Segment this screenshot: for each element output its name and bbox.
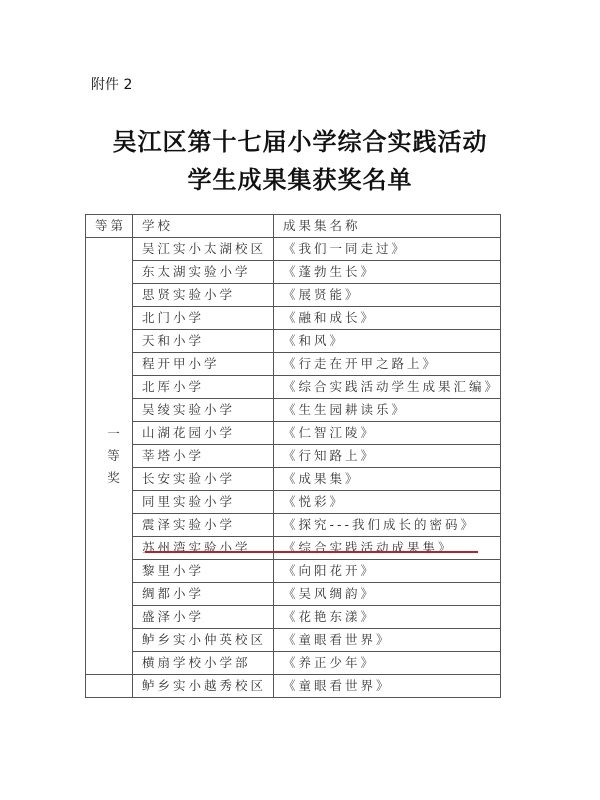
title-cell: 《综合实践活动学生成果汇编》 (273, 376, 500, 399)
school-cell: 同里实验小学 (133, 491, 274, 514)
title-cell: 《成果集》 (273, 468, 500, 491)
school-cell: 莘塔小学 (133, 445, 274, 468)
title-cell: 《探究---我们成长的密码》 (273, 514, 500, 537)
table-header-row: 等第 学校 成果集名称 (86, 215, 501, 238)
title-cell: 《生生园耕读乐》 (273, 399, 500, 422)
table-row: 思贤实验小学《展贤能》 (86, 284, 501, 307)
table-row: 鲈乡实小越秀校区《童眼看世界》 (86, 675, 501, 698)
school-cell: 苏州湾实验小学 (133, 537, 274, 560)
header-title: 成果集名称 (273, 215, 500, 238)
title-cell: 《养正少年》 (273, 652, 500, 675)
title-cell: 《向阳花开》 (273, 560, 500, 583)
table-row: 北厍小学《综合实践活动学生成果汇编》 (86, 376, 501, 399)
school-cell: 天和小学 (133, 330, 274, 353)
school-cell: 长安实验小学 (133, 468, 274, 491)
school-cell: 程开甲小学 (133, 353, 274, 376)
title-cell: 《仁智江陵》 (273, 422, 500, 445)
title-cell: 《蓬勃生长》 (273, 261, 500, 284)
table-row: 一等奖吴江实小太湖校区《我们一同走过》 (86, 238, 501, 261)
title-cell: 《童眼看世界》 (273, 675, 500, 698)
table-row: 同里实验小学《悦彩》 (86, 491, 501, 514)
school-cell: 吴绫实验小学 (133, 399, 274, 422)
school-cell: 吴江实小太湖校区 (133, 238, 274, 261)
school-cell: 盛泽小学 (133, 606, 274, 629)
grade-label: 一等奖 (107, 423, 121, 489)
table-row: 长安实验小学《成果集》 (86, 468, 501, 491)
table-row: 绸都小学《吴风绸韵》 (86, 583, 501, 606)
school-cell: 鲈乡实小越秀校区 (133, 675, 274, 698)
table-row: 震泽实验小学《探究---我们成长的密码》 (86, 514, 501, 537)
table-row: 山湖花园小学《仁智江陵》 (86, 422, 501, 445)
table-row: 横扇学校小学部《养正少年》 (86, 652, 501, 675)
school-cell: 北门小学 (133, 307, 274, 330)
award-table: 等第 学校 成果集名称 一等奖吴江实小太湖校区《我们一同走过》东太湖实验小学《蓬… (85, 214, 501, 698)
title-cell: 《我们一同走过》 (273, 238, 500, 261)
title-cell: 《和风》 (273, 330, 500, 353)
school-cell: 黎里小学 (133, 560, 274, 583)
grade-cell: 一等奖 (86, 238, 133, 675)
table-row: 莘塔小学《行知路上》 (86, 445, 501, 468)
school-cell: 绸都小学 (133, 583, 274, 606)
school-cell: 横扇学校小学部 (133, 652, 274, 675)
title-cell: 《行走在开甲之路上》 (273, 353, 500, 376)
title-cell: 《童眼看世界》 (273, 629, 500, 652)
title-cell: 《展贤能》 (273, 284, 500, 307)
school-cell: 鲈乡实小仲英校区 (133, 629, 274, 652)
document-title-line-2: 学生成果集获奖名单 (0, 160, 600, 195)
table-row: 北门小学《融和成长》 (86, 307, 501, 330)
header-grade: 等第 (86, 215, 133, 238)
title-cell: 《行知路上》 (273, 445, 500, 468)
grade-cell (86, 675, 133, 698)
title-cell: 《花艳东漾》 (273, 606, 500, 629)
title-cell: 《综合实践活动成果集》 (273, 537, 500, 560)
school-cell: 震泽实验小学 (133, 514, 274, 537)
school-cell: 东太湖实验小学 (133, 261, 274, 284)
table-row: 鲈乡实小仲英校区《童眼看世界》 (86, 629, 501, 652)
title-cell: 《吴风绸韵》 (273, 583, 500, 606)
table-row: 天和小学《和风》 (86, 330, 501, 353)
table-row: 苏州湾实验小学《综合实践活动成果集》 (86, 537, 501, 560)
table-row: 吴绫实验小学《生生园耕读乐》 (86, 399, 501, 422)
school-cell: 北厍小学 (133, 376, 274, 399)
title-cell: 《融和成长》 (273, 307, 500, 330)
red-underline-highlight (145, 551, 478, 553)
table-row: 黎里小学《向阳花开》 (86, 560, 501, 583)
header-school: 学校 (133, 215, 274, 238)
attachment-label: 附件 2 (91, 74, 132, 94)
document-title-line-1: 吴江区第十七届小学综合实践活动 (0, 122, 600, 157)
school-cell: 山湖花园小学 (133, 422, 274, 445)
table-row: 东太湖实验小学《蓬勃生长》 (86, 261, 501, 284)
school-cell: 思贤实验小学 (133, 284, 274, 307)
table-row: 程开甲小学《行走在开甲之路上》 (86, 353, 501, 376)
table-row: 盛泽小学《花艳东漾》 (86, 606, 501, 629)
title-cell: 《悦彩》 (273, 491, 500, 514)
